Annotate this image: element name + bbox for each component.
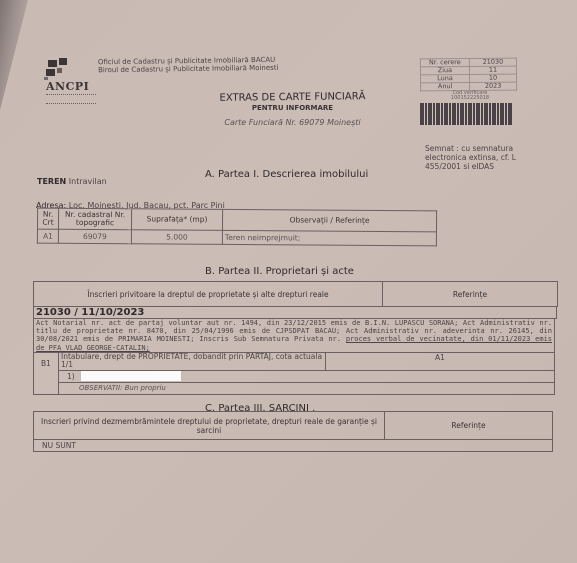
part-a-title: A. Partea I. Descrierea imobilului [205, 169, 368, 180]
signature-note: Semnat : cu semnatura electronica extins… [425, 144, 535, 171]
entry-b1-text: Intabulare, drept de PROPRIETATE, doband… [59, 353, 326, 370]
owner-name-redacted [81, 371, 181, 381]
verification-code: Cod verificare 100152225018 [440, 91, 500, 101]
col-cadastral: Nr. cadastral Nr. topografic [58, 208, 131, 230]
col-area: Suprafața* (mp) [131, 209, 222, 231]
logo-text: ANCPI [46, 80, 89, 93]
entry-number: 21030 / 11/10/2023 [33, 307, 557, 319]
part-a-table: Nr. Crt Nr. cadastral Nr. topografic Sup… [37, 208, 437, 247]
property-type-bold: TEREN [37, 177, 66, 186]
col-references: Referințe [383, 282, 557, 306]
entry-b1-nr: B1 [34, 353, 59, 394]
entry-b1: B1 Intabulare, drept de PROPRIETATE, dob… [33, 353, 555, 395]
table-row: NU SUNT [33, 440, 553, 452]
part-c-header: Inscrieri privind dezmembrămintele drept… [33, 411, 553, 440]
owner-row: 1) [59, 371, 554, 383]
document-title-block: EXTRAS DE CARTE FUNCIARĂ PENTRU INFORMAR… [205, 92, 380, 127]
office-line-2: Biroul de Cadastru și Publicitate Imobil… [98, 64, 279, 75]
registration-table: Nr. cerere21030 Ziua11 Luna10 Anul2023 [420, 58, 517, 92]
document-title: EXTRAS DE CARTE FUNCIARĂ [205, 91, 380, 104]
office-name: Oficiul de Cadastru și Publicitate Imobi… [98, 56, 279, 75]
cell-observations: Teren neimprejmuit; [222, 230, 436, 245]
cell-cadastral: 69079 [58, 229, 131, 244]
cell-area: 5.000 [131, 230, 222, 245]
logo-subtitle [46, 94, 96, 104]
ancpi-logo: ANCPI [38, 58, 98, 118]
part-b-header: Înscrieri privitoare la dreptul de propr… [33, 281, 558, 307]
col-observations: Observații / Referințe [222, 209, 436, 231]
cell-nr: A1 [37, 229, 58, 243]
acts-list: Act Notarial nr. act de partaj voluntar … [33, 319, 555, 353]
entry-b1-observations: OBSERVATII: Bun propriu [59, 383, 554, 394]
owner-index: 1) [67, 372, 75, 381]
barcode-icon [420, 103, 512, 125]
col-references: Referințe [385, 412, 552, 439]
table-row: A1 69079 5.000 Teren neimprejmuit; [37, 229, 436, 246]
property-type: TEREN Intravilan [37, 177, 107, 186]
document-subtitle: PENTRU INFORMARE [205, 104, 380, 112]
col-encumbrances: Inscrieri privind dezmembrămintele drept… [34, 412, 385, 439]
document-page: ANCPI Oficiul de Cadastru și Publicitate… [0, 0, 577, 563]
part-c-table: Inscrieri privind dezmembrămintele drept… [33, 411, 553, 452]
part-b-title: B. Partea II. Proprietari și acte [205, 266, 354, 277]
property-type-rest: Intravilan [69, 177, 107, 186]
col-entries: Înscrieri privitoare la dreptul de propr… [34, 282, 383, 306]
part-b-table: Înscrieri privitoare la dreptul de propr… [33, 281, 558, 395]
col-nr: Nr. Crt [37, 208, 58, 229]
verification-value: 100152225018 [440, 96, 500, 101]
entry-b1-ref: A1 [326, 353, 554, 370]
cf-number: Carte Funciară Nr. 69079 Moinești [205, 118, 380, 127]
